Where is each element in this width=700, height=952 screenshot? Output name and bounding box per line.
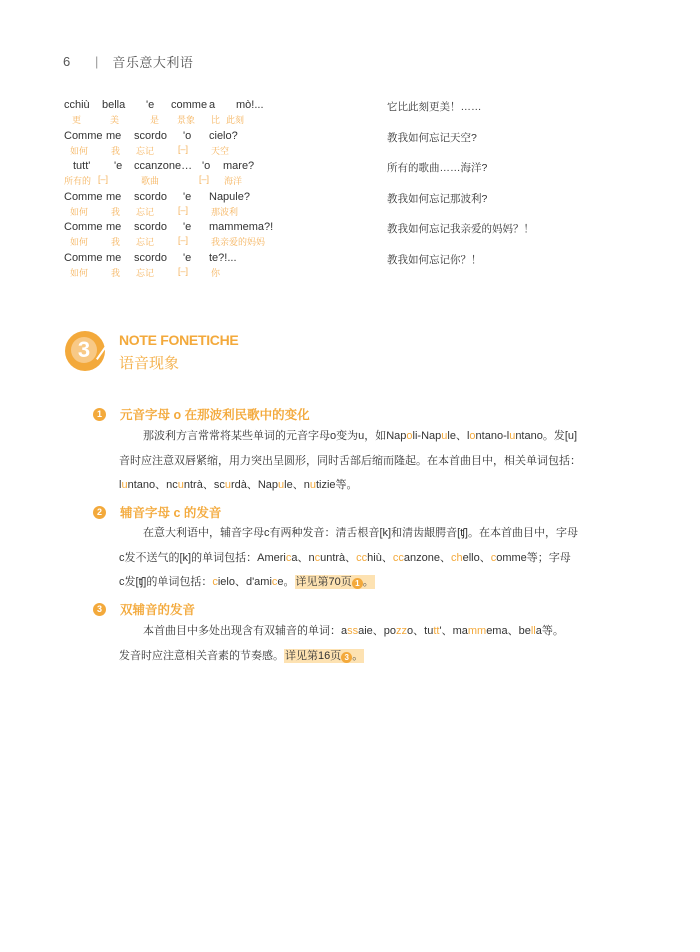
italian-word: 'e — [183, 221, 191, 233]
text-run: aie、po — [358, 625, 396, 637]
subsection-heading: 1元音字母 o 在那波利民歌中的变化 — [93, 405, 310, 423]
translation-line: 它比此刻更美！…… — [387, 99, 534, 130]
italian-word: mare? — [223, 160, 254, 172]
gloss-word: [–] — [199, 174, 209, 184]
header-separator: | — [95, 54, 98, 69]
paragraph-line: 那波利方言常常将某些单词的元音字母o变为u，如Napoli-Napule、lon… — [119, 424, 639, 449]
highlighted-letters: cc — [393, 552, 404, 564]
translation-line: 教我如何忘记天空? — [387, 130, 534, 161]
text-run: hiù、 — [367, 552, 393, 564]
gloss-word: 我 — [111, 266, 120, 279]
gloss-word: 比 — [211, 113, 220, 126]
paragraph-line: c发不送气的[k]的单词包括：America、ncuntrà、cchiù、cca… — [119, 546, 639, 571]
pen-icon — [96, 344, 108, 360]
italian-word: 'e — [183, 252, 191, 264]
text-run: omme等；字母 — [496, 552, 571, 564]
italian-word: Comme — [64, 221, 103, 233]
italian-word: 'e — [114, 160, 122, 172]
page-header: 6 | 音乐意大利语 — [63, 52, 193, 71]
text-run: ntano。发[u] — [515, 430, 577, 442]
lyric-line: tutt''eccanzone…'omare?所有的[–]歌曲[–]海洋 — [64, 160, 364, 191]
text-run: 那波利方言常常将某些单词的元音字母o变为u，如Nap — [143, 430, 406, 442]
italian-word: te?!... — [209, 252, 237, 264]
gloss-word: 如何 — [70, 205, 88, 218]
section-number: 3 — [71, 337, 97, 363]
italian-word: tutt' — [73, 160, 90, 172]
gloss-word: 如何 — [70, 266, 88, 279]
gloss-word: 忘记 — [136, 266, 154, 279]
paragraph-line: 本首曲目中多处出现含有双辅音的单词：assaie、pozzo、tutt'、mam… — [119, 619, 639, 644]
italian-word: scordo — [134, 191, 167, 203]
italian-word: mò!... — [236, 99, 264, 111]
highlighted-letters: zz — [396, 625, 407, 637]
text-run: a等。 — [536, 625, 564, 637]
text-run: c发[ʧ]的单词包括： — [119, 576, 212, 588]
italian-word: me — [106, 130, 121, 142]
gloss-word: [–] — [98, 174, 108, 184]
section-title-italian: NOTE FONETICHE — [119, 332, 238, 348]
paragraph-line: 发音时应注意相关音素的节奏感。详见第16页3。 — [119, 644, 639, 669]
text-run: o、tu — [407, 625, 433, 637]
text-run: a、n — [291, 552, 314, 564]
paragraph-line: 在意大利语中，辅音字母c有两种发音：清舌根音[k]和清齿龈腭音[ʧ]。在本首曲目… — [119, 521, 639, 546]
highlighted-letters: ch — [451, 552, 463, 564]
translation-line: 教我如何忘记那波利? — [387, 191, 534, 222]
gloss-word: 我 — [111, 205, 120, 218]
italian-word: scordo — [134, 221, 167, 233]
text-run: ema、be — [486, 625, 531, 637]
paragraph-line: 音时应注意双唇紧缩，用力突出呈圆形，同时舌部后缩而隆起。在本首曲目中，相关单词包… — [119, 449, 639, 474]
lyric-line: Commemescordo'emammema?!如何我忘记[–]我亲爱的妈妈 — [64, 221, 364, 252]
gloss-word: 天空 — [211, 144, 229, 157]
translations-block: 它比此刻更美！……教我如何忘记天空?所有的歌曲……海洋?教我如何忘记那波利?教我… — [387, 99, 534, 282]
gloss-word: 海洋 — [224, 174, 242, 187]
italian-word: comme — [171, 99, 207, 111]
italian-word: me — [106, 252, 121, 264]
text-run: ello、 — [463, 552, 491, 564]
italian-word: cielo? — [209, 130, 238, 142]
gloss-word: 是 — [150, 113, 159, 126]
subsection-title: 辅音字母 c 的发音 — [120, 503, 221, 521]
text-run: '、ma — [439, 625, 467, 637]
italian-word: 'o — [202, 160, 210, 172]
gloss-word: 如何 — [70, 235, 88, 248]
text-run: e。 — [277, 576, 294, 588]
italian-word: me — [106, 191, 121, 203]
text-run: 在意大利语中，辅音字母c有两种发音：清舌根音[k]和清齿龈腭音[ʧ]。在本首曲目… — [143, 527, 578, 539]
translation-line: 教我如何忘记我亲爱的妈妈？！ — [387, 221, 534, 252]
translation-line: 教我如何忘记你？！ — [387, 252, 534, 283]
italian-word: Comme — [64, 130, 103, 142]
italian-word: 'o — [183, 130, 191, 142]
italian-word: 'e — [183, 191, 191, 203]
reference-number-icon: 3 — [341, 652, 352, 663]
subsection-title: 双辅音的发音 — [120, 600, 195, 618]
subsection-heading: 3双辅音的发音 — [93, 600, 195, 618]
italian-word: Comme — [64, 191, 103, 203]
text-run: tizie等。 — [316, 479, 358, 491]
italian-word: cchiù — [64, 99, 90, 111]
lyric-line: Commemescordo'eNapule?如何我忘记[–]那波利 — [64, 191, 364, 222]
gloss-word: 更 — [72, 113, 81, 126]
gloss-word: 歌曲 — [141, 174, 159, 187]
gloss-word: [–] — [178, 235, 188, 245]
page-number: 6 — [63, 54, 73, 69]
text-run: 本首曲目中多处出现含有双辅音的单词：a — [143, 625, 347, 637]
book-title: 音乐意大利语 — [112, 52, 193, 71]
text-run: le、n — [284, 479, 310, 491]
gloss-word: [–] — [178, 266, 188, 276]
highlighted-letters: ss — [347, 625, 358, 637]
subsection-number-icon: 3 — [93, 603, 106, 616]
section-title-chinese: 语音现象 — [119, 352, 179, 373]
section-number-badge: 3 — [65, 331, 105, 371]
italian-word: me — [106, 221, 121, 233]
italian-word: scordo — [134, 252, 167, 264]
subsection-number-icon: 2 — [93, 506, 106, 519]
lyric-line: Commemescordo'ete?!...如何我忘记[–]你 — [64, 252, 364, 283]
text-run: anzone、 — [404, 552, 451, 564]
gloss-word: 此刻 — [226, 113, 244, 126]
italian-word: a — [209, 99, 215, 111]
text-run: ielo、d'ami — [218, 576, 272, 588]
gloss-word: [–] — [178, 205, 188, 215]
text-run: li-Nap — [413, 430, 442, 442]
text-run: ntrà、sc — [184, 479, 225, 491]
cross-reference-link[interactable]: 详见第16页3。 — [284, 649, 364, 663]
text-run: ntano、nc — [128, 479, 178, 491]
text-run: ntano-l — [476, 430, 510, 442]
cross-reference-link[interactable]: 详见第70页1。 — [295, 575, 375, 589]
subsection-paragraph: 那波利方言常常将某些单词的元音字母o变为u，如Napoli-Napule、lon… — [119, 424, 639, 498]
subsection-title: 元音字母 o 在那波利民歌中的变化 — [120, 405, 310, 423]
highlighted-letters: cc — [356, 552, 367, 564]
gloss-word: 你 — [211, 266, 220, 279]
highlighted-letters: mm — [468, 625, 486, 637]
subsection-paragraph: 在意大利语中，辅音字母c有两种发音：清舌根音[k]和清齿龈腭音[ʧ]。在本首曲目… — [119, 521, 639, 595]
gloss-word: 忘记 — [136, 144, 154, 157]
text-run: le、l — [447, 430, 469, 442]
paragraph-line: c发[ʧ]的单词包括：cielo、d'amice。详见第70页1。 — [119, 570, 639, 595]
italian-word: Napule? — [209, 191, 250, 203]
gloss-word: 如何 — [70, 144, 88, 157]
paragraph-line: luntano、ncuntrà、scurdà、Napule、nutizie等。 — [119, 473, 639, 498]
gloss-word: 景象 — [177, 113, 195, 126]
subsection-paragraph: 本首曲目中多处出现含有双辅音的单词：assaie、pozzo、tutt'、mam… — [119, 619, 639, 668]
translation-line: 所有的歌曲……海洋? — [387, 160, 534, 191]
gloss-word: 那波利 — [211, 205, 238, 218]
text-run: untrà、 — [320, 552, 356, 564]
italian-word: bella — [102, 99, 125, 111]
subsection-heading: 2辅音字母 c 的发音 — [93, 503, 221, 521]
gloss-word: 美 — [110, 113, 119, 126]
text-run: 发音时应注意相关音素的节奏感。 — [119, 650, 284, 662]
text-run: rdà、Nap — [231, 479, 278, 491]
lyric-line: Commemescordo'ocielo?如何我忘记[–]天空 — [64, 130, 364, 161]
subsection-number-icon: 1 — [93, 408, 106, 421]
gloss-word: 忘记 — [136, 205, 154, 218]
text-run: 音时应注意双唇紧缩，用力突出呈圆形，同时舌部后缩而隆起。在本首曲目中，相关单词包… — [119, 455, 581, 467]
reference-number-icon: 1 — [352, 578, 363, 589]
gloss-word: 我 — [111, 144, 120, 157]
italian-word: ccanzone… — [134, 160, 192, 172]
gloss-word: [–] — [178, 144, 188, 154]
gloss-word: 所有的 — [64, 174, 91, 187]
italian-word: mammema?! — [209, 221, 273, 233]
lyric-line: cchiùbella'ecommeamò!...更美是景象比此刻 — [64, 99, 364, 130]
gloss-word: 我 — [111, 235, 120, 248]
italian-word: Comme — [64, 252, 103, 264]
text-run: c发不送气的[k]的单词包括：Ameri — [119, 552, 286, 564]
gloss-word: 我亲爱的妈妈 — [211, 235, 265, 248]
italian-word: 'e — [146, 99, 154, 111]
gloss-word: 忘记 — [136, 235, 154, 248]
italian-word: scordo — [134, 130, 167, 142]
lyrics-block: cchiùbella'ecommeamò!...更美是景象比此刻Commemes… — [64, 99, 364, 282]
